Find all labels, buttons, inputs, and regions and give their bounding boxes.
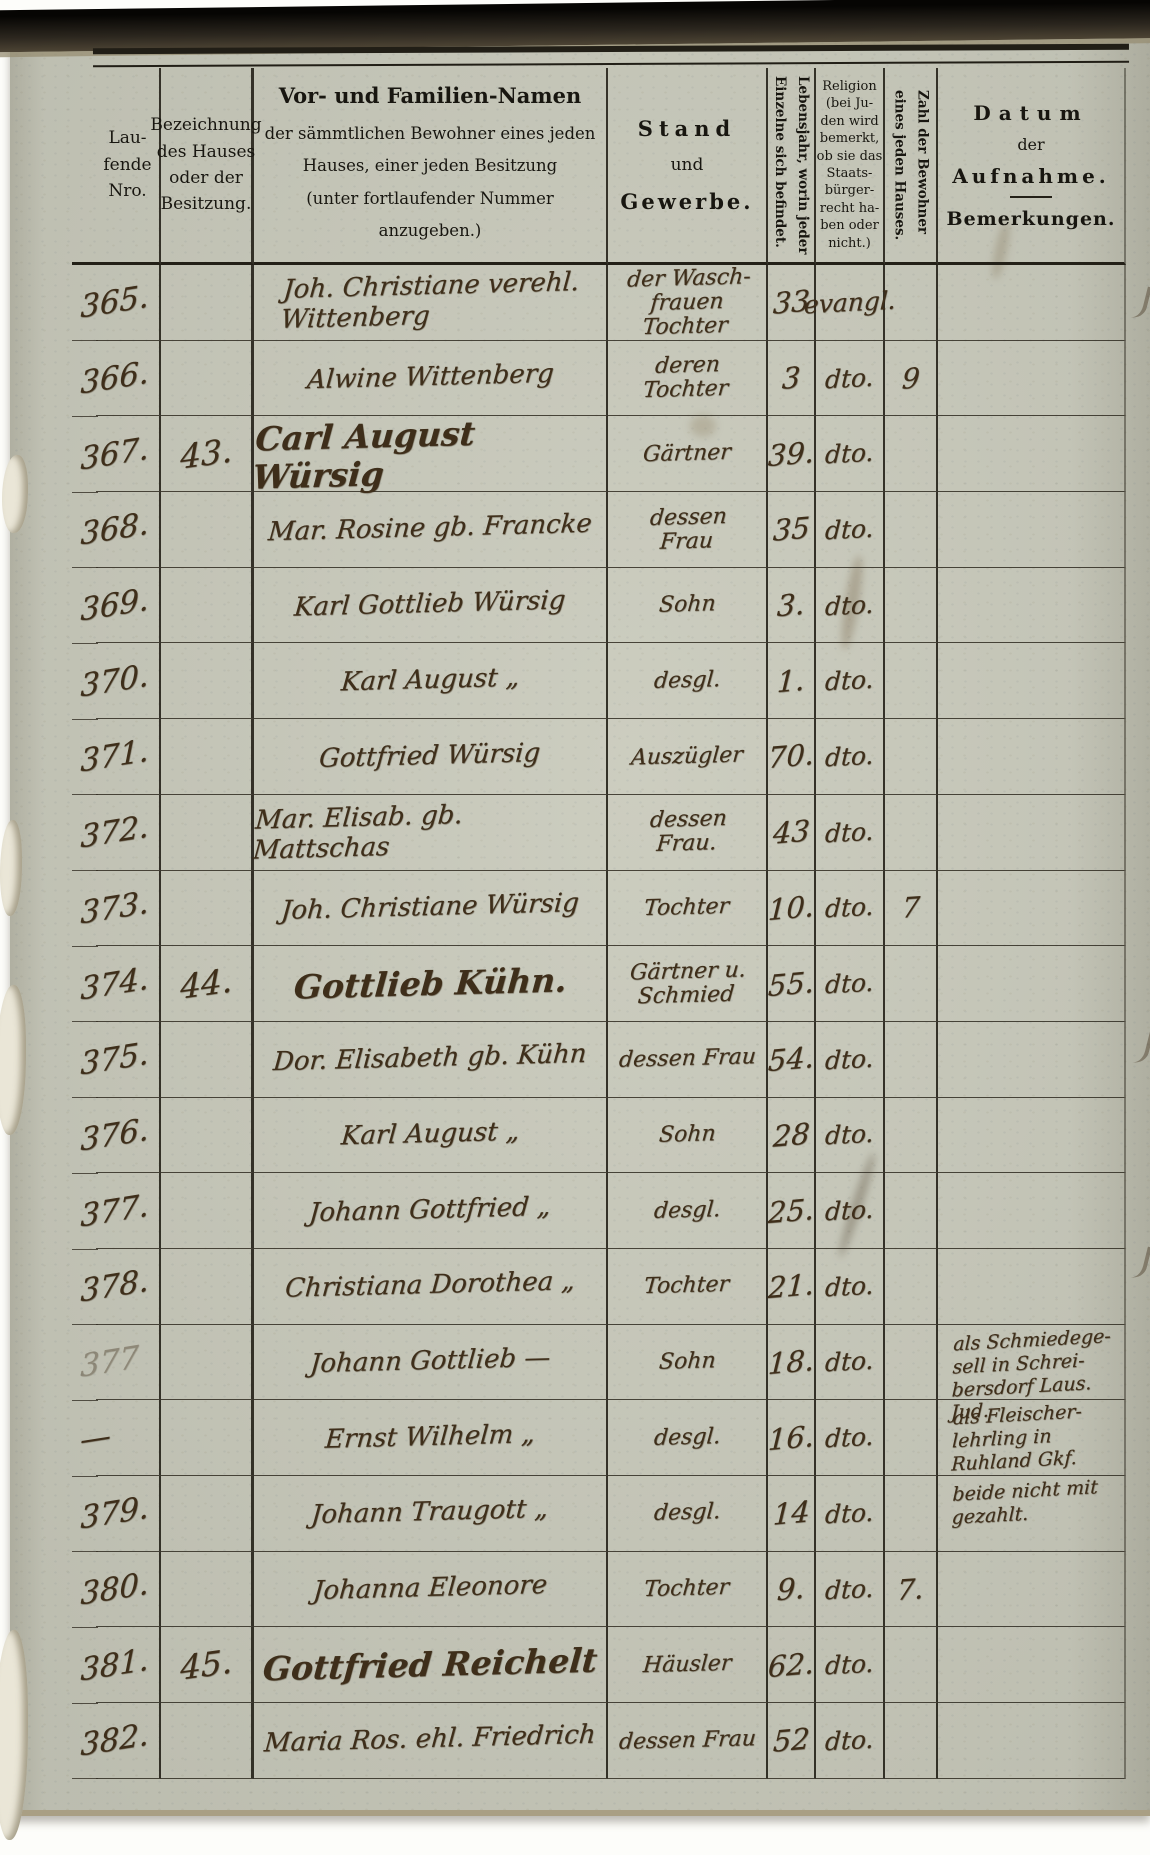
resident-name: Karl Gottlieb Würsig bbox=[293, 587, 567, 624]
religion-value: evangl. bbox=[803, 285, 896, 319]
age-value: 43 bbox=[772, 813, 811, 851]
cell-bewohnerzahl: 9 bbox=[885, 341, 938, 417]
religion-value: dto. bbox=[824, 1043, 874, 1075]
resident-name: Johann Traugott „ bbox=[310, 1495, 549, 1531]
cell-laufende-nro: 377. bbox=[96, 1173, 161, 1249]
header-bewohnerzahl: Zahl der Bewohner eines jeden Hauses. bbox=[885, 68, 938, 265]
cell-stand: dessen Frau bbox=[608, 1703, 768, 1779]
cell-religion: dto. bbox=[816, 946, 885, 1022]
resident-name: Karl August „ bbox=[340, 663, 521, 698]
header-label: Bemerkungen. bbox=[947, 208, 1116, 230]
cell-hausnummer bbox=[161, 568, 254, 644]
remark-text: als Fleischer- lehrling in Ruhland Gkf. bbox=[951, 1401, 1082, 1476]
cell-name: Johanna Eleonore bbox=[254, 1552, 608, 1628]
cell-bemerkungen bbox=[938, 719, 1126, 795]
resident-name: Carl August Würsig bbox=[251, 411, 609, 496]
cell-hausnummer bbox=[161, 1476, 254, 1552]
double-rule bbox=[93, 44, 1129, 68]
cell-laufende-nro: 377 bbox=[96, 1325, 161, 1401]
religion-value: dto. bbox=[824, 1422, 874, 1454]
header-religion: Religion (bei Ju- den wird bemerkt, ob s… bbox=[816, 68, 885, 265]
cell-hausnummer: 45. bbox=[161, 1627, 254, 1703]
cell-bemerkungen bbox=[938, 1022, 1126, 1098]
cell-name: Gottlieb Kühn. bbox=[254, 946, 608, 1022]
age-value: 54. bbox=[767, 1040, 815, 1078]
resident-name: Dor. Elisabeth gb. Kühn bbox=[272, 1040, 588, 1078]
cell-bemerkungen bbox=[938, 341, 1126, 417]
cell-lebensjahr: 25. bbox=[768, 1173, 816, 1249]
cell-bewohnerzahl bbox=[885, 1173, 938, 1249]
cell-lebensjahr: 70. bbox=[768, 719, 816, 795]
religion-value: dto. bbox=[824, 438, 874, 470]
age-value: 14 bbox=[772, 1495, 811, 1533]
cell-laufende-nro: 373. bbox=[96, 871, 161, 947]
cell-religion: dto. bbox=[816, 1173, 885, 1249]
header-label: Stand bbox=[638, 116, 736, 141]
occupation: desgl. bbox=[653, 1198, 721, 1224]
cell-bewohnerzahl bbox=[885, 795, 938, 871]
cell-name: Dor. Elisabeth gb. Kühn bbox=[254, 1022, 608, 1098]
age-value: 25. bbox=[767, 1191, 815, 1229]
cell-hausnummer bbox=[161, 1173, 254, 1249]
religion-value: dto. bbox=[824, 1498, 874, 1530]
age-value: 18. bbox=[767, 1343, 815, 1381]
cell-bemerkungen bbox=[938, 265, 1126, 341]
cell-name: Karl August „ bbox=[254, 643, 608, 719]
resident-name: Maria Ros. ehl. Friedrich bbox=[263, 1721, 597, 1760]
cell-name: Joh. Christiane verehl. Wittenberg bbox=[254, 265, 608, 341]
cell-religion: dto. bbox=[816, 1022, 885, 1098]
occupation: deren Tochter bbox=[643, 353, 732, 403]
cell-laufende-nro: 369. bbox=[96, 568, 161, 644]
occupation: Gärtner u. Schmied bbox=[627, 958, 747, 1009]
cell-laufende-nro: 378. bbox=[96, 1249, 161, 1325]
cell-hausnummer bbox=[161, 1703, 254, 1779]
cell-hausnummer bbox=[161, 1098, 254, 1174]
register-table: Lau- fende Nro. Bezeichnung des Hauses o… bbox=[96, 46, 1126, 1779]
cell-laufende-nro: 382. bbox=[96, 1703, 161, 1779]
house-number: 44. bbox=[180, 960, 232, 1007]
cell-hausnummer bbox=[161, 341, 254, 417]
age-value: 28 bbox=[772, 1116, 811, 1154]
cell-lebensjahr: 9. bbox=[768, 1552, 816, 1628]
cell-stand: dessen Frau bbox=[608, 492, 768, 568]
header-divider bbox=[1010, 196, 1052, 198]
cell-name: Alwine Wittenberg bbox=[254, 341, 608, 417]
cell-bewohnerzahl bbox=[885, 1476, 938, 1552]
age-value: 62. bbox=[767, 1646, 815, 1684]
cell-laufende-nro: 371. bbox=[96, 719, 161, 795]
cell-hausnummer bbox=[161, 795, 254, 871]
cell-name: Karl Gottlieb Würsig bbox=[254, 568, 608, 644]
occupation: der Wasch- frauen Tochter bbox=[605, 265, 769, 341]
occupation: dessen Frau bbox=[618, 1727, 757, 1754]
cell-name: Maria Ros. ehl. Friedrich bbox=[254, 1703, 608, 1779]
cell-stand: Gärtner u. Schmied bbox=[608, 946, 768, 1022]
cell-bemerkungen bbox=[938, 1173, 1126, 1249]
resident-name: Mar. Rosine gb. Francke bbox=[267, 510, 593, 548]
occupation: Gärtner bbox=[642, 441, 732, 467]
cell-bewohnerzahl bbox=[885, 416, 938, 492]
cell-stand: Häusler bbox=[608, 1627, 768, 1703]
remark-text: beide nicht mit gezahlt. bbox=[951, 1476, 1098, 1529]
age-value: 3 bbox=[781, 360, 801, 396]
cell-hausnummer bbox=[161, 1022, 254, 1098]
cell-bemerkungen bbox=[938, 1249, 1126, 1325]
cell-bewohnerzahl bbox=[885, 1022, 938, 1098]
cell-religion: dto. bbox=[816, 719, 885, 795]
age-value: 16. bbox=[767, 1419, 815, 1457]
cell-bewohnerzahl bbox=[885, 1703, 938, 1779]
scanned-register-page: Lau- fende Nro. Bezeichnung des Hauses o… bbox=[0, 0, 1150, 1855]
resident-name: Ernst Wilhelm „ bbox=[324, 1420, 536, 1455]
cell-stand: Sohn bbox=[608, 1325, 768, 1401]
cell-bewohnerzahl bbox=[885, 643, 938, 719]
cell-lebensjahr: 14 bbox=[768, 1476, 816, 1552]
cell-name: Christiana Dorothea „ bbox=[254, 1249, 608, 1325]
religion-value: dto. bbox=[824, 1649, 874, 1681]
register-grid: Lau- fende Nro. Bezeichnung des Hauses o… bbox=[96, 68, 1126, 1779]
cell-bemerkungen bbox=[938, 568, 1126, 644]
religion-value: dto. bbox=[824, 816, 874, 848]
cell-laufende-nro: 374. bbox=[96, 946, 161, 1022]
cell-hausnummer: 43. bbox=[161, 416, 254, 492]
religion-value: dto. bbox=[824, 1573, 874, 1605]
resident-name: Mar. Elisab. gb. Mattschas bbox=[252, 798, 609, 867]
occupation: Auszügler bbox=[630, 743, 744, 770]
resident-name: Johanna Eleonore bbox=[312, 1571, 548, 1607]
occupation: desgl. bbox=[653, 668, 721, 694]
cell-stand: desgl. bbox=[608, 1476, 768, 1552]
cell-bewohnerzahl bbox=[885, 1098, 938, 1174]
cell-stand: dessen Frau bbox=[608, 1022, 768, 1098]
cell-bemerkungen bbox=[938, 1703, 1126, 1779]
cell-hausnummer bbox=[161, 1325, 254, 1401]
resident-name: Johann Gottlieb — bbox=[309, 1344, 552, 1380]
cell-religion: dto. bbox=[816, 1249, 885, 1325]
cell-bewohnerzahl bbox=[885, 1400, 938, 1476]
cell-lebensjahr: 62. bbox=[768, 1627, 816, 1703]
age-value: 1. bbox=[776, 662, 805, 699]
religion-value: dto. bbox=[824, 665, 874, 697]
religion-value: dto. bbox=[824, 892, 874, 924]
resident-name: Gottfried Reichelt bbox=[261, 1641, 598, 1688]
cell-bemerkungen bbox=[938, 1627, 1126, 1703]
cell-lebensjahr: 21. bbox=[768, 1249, 816, 1325]
age-value: 9. bbox=[776, 1571, 805, 1608]
cell-laufende-nro: 376. bbox=[96, 1098, 161, 1174]
cell-lebensjahr: 3. bbox=[768, 568, 816, 644]
occupation: Sohn bbox=[658, 1349, 717, 1374]
cell-laufende-nro: 370. bbox=[96, 643, 161, 719]
cell-bewohnerzahl bbox=[885, 719, 938, 795]
row-number: 377 bbox=[80, 1339, 139, 1385]
cell-religion: dto. bbox=[816, 1627, 885, 1703]
occupation: Häusler bbox=[642, 1652, 732, 1678]
cell-stand: deren Tochter bbox=[608, 341, 768, 417]
header-subtitle: der sämmtlichen Bewohner eines jeden Hau… bbox=[254, 118, 606, 247]
cell-religion: dto. bbox=[816, 1325, 885, 1401]
cell-stand: Tochter bbox=[608, 1249, 768, 1325]
cell-stand: desgl. bbox=[608, 643, 768, 719]
cell-religion: dto. bbox=[816, 341, 885, 417]
header-label: Religion (bei Ju- den wird bemerkt, ob s… bbox=[817, 78, 883, 252]
house-number: 45. bbox=[180, 1641, 232, 1688]
cell-lebensjahr: 52 bbox=[768, 1703, 816, 1779]
cell-bewohnerzahl bbox=[885, 265, 938, 341]
cell-religion: dto. bbox=[816, 568, 885, 644]
cell-laufende-nro: 366. bbox=[96, 341, 161, 417]
resident-name: Joh. Christiane verehl. Wittenberg bbox=[280, 269, 581, 337]
cell-lebensjahr: 1. bbox=[768, 643, 816, 719]
religion-value: dto. bbox=[824, 589, 874, 621]
cell-stand: Tochter bbox=[608, 1552, 768, 1628]
cell-hausnummer bbox=[161, 643, 254, 719]
cell-bemerkungen bbox=[938, 946, 1126, 1022]
cell-stand: desgl. bbox=[608, 1173, 768, 1249]
household-count: 9 bbox=[900, 361, 920, 395]
cell-religion: dto. bbox=[816, 871, 885, 947]
cell-stand: Gärtner bbox=[608, 416, 768, 492]
cell-bewohnerzahl bbox=[885, 1627, 938, 1703]
cell-lebensjahr: 35 bbox=[768, 492, 816, 568]
cell-bemerkungen bbox=[938, 492, 1126, 568]
row-number: — bbox=[80, 1417, 111, 1458]
religion-value: dto. bbox=[824, 362, 874, 394]
cell-name: Carl August Würsig bbox=[254, 416, 608, 492]
cell-laufende-nro: 367. bbox=[96, 416, 161, 492]
cell-name: Gottfried Reichelt bbox=[254, 1627, 608, 1703]
cell-hausnummer bbox=[161, 265, 254, 341]
header-label-rotated: Lebensjahr, worin jeder Einzelne sich be… bbox=[768, 76, 814, 255]
resident-name: Joh. Christiane Würsig bbox=[280, 889, 580, 927]
religion-value: dto. bbox=[824, 741, 874, 773]
cell-hausnummer bbox=[161, 871, 254, 947]
header-stand-gewerbe: Stand und Gewerbe. bbox=[608, 68, 768, 265]
religion-value: dto. bbox=[824, 1725, 874, 1757]
age-value: 10. bbox=[767, 889, 815, 927]
cell-lebensjahr: 16. bbox=[768, 1400, 816, 1476]
resident-name: Karl August „ bbox=[340, 1118, 521, 1153]
cell-laufende-nro: 372. bbox=[96, 795, 161, 871]
cell-hausnummer bbox=[161, 719, 254, 795]
resident-name: Gottfried Würsig bbox=[318, 739, 541, 775]
occupation: desgl. bbox=[653, 1501, 721, 1527]
cell-bemerkungen: als Fleischer- lehrling in Ruhland Gkf. bbox=[938, 1400, 1126, 1476]
household-count: 7 bbox=[900, 891, 920, 925]
cell-stand: der Wasch- frauen Tochter bbox=[608, 265, 768, 341]
religion-value: dto. bbox=[824, 968, 874, 1000]
cell-laufende-nro: 375. bbox=[96, 1022, 161, 1098]
cell-lebensjahr: 10. bbox=[768, 871, 816, 947]
cell-laufende-nro: 381. bbox=[96, 1627, 161, 1703]
cell-name: Mar. Elisab. gb. Mattschas bbox=[254, 795, 608, 871]
cell-laufende-nro: 380. bbox=[96, 1552, 161, 1628]
cell-religion: dto. bbox=[816, 795, 885, 871]
occupation: Sohn bbox=[658, 592, 717, 617]
resident-name: Alwine Wittenberg bbox=[305, 360, 554, 396]
header-namen: Vor- und Familien-Namen der sämmtlichen … bbox=[254, 68, 608, 265]
cell-lebensjahr: 18. bbox=[768, 1325, 816, 1401]
occupation: Tochter bbox=[644, 1273, 731, 1299]
cell-lebensjahr: 28 bbox=[768, 1098, 816, 1174]
occupation: dessen Frau. bbox=[647, 807, 728, 857]
cell-bemerkungen bbox=[938, 643, 1126, 719]
cell-name: Gottfried Würsig bbox=[254, 719, 608, 795]
cell-religion: dto. bbox=[816, 416, 885, 492]
header-haus-bezeichnung: Bezeichnung des Hauses oder der Besitzun… bbox=[161, 68, 254, 265]
header-title: Vor- und Familien-Namen bbox=[279, 83, 582, 108]
cell-religion: evangl. bbox=[816, 265, 885, 341]
cell-hausnummer bbox=[161, 1552, 254, 1628]
cell-lebensjahr: 54. bbox=[768, 1022, 816, 1098]
religion-value: dto. bbox=[824, 514, 874, 546]
cell-religion: dto. bbox=[816, 1552, 885, 1628]
cell-lebensjahr: 43 bbox=[768, 795, 816, 871]
cell-stand: desgl. bbox=[608, 1400, 768, 1476]
cell-bemerkungen: als Schmiedege- sell in Schrei- bersdorf… bbox=[938, 1325, 1126, 1401]
header-label: und bbox=[671, 155, 704, 175]
cell-stand: Tochter bbox=[608, 871, 768, 947]
religion-value: dto. bbox=[824, 1119, 874, 1151]
cell-stand: Sohn bbox=[608, 1098, 768, 1174]
cell-laufende-nro: 368. bbox=[96, 492, 161, 568]
header-lebensjahr: Lebensjahr, worin jeder Einzelne sich be… bbox=[768, 68, 816, 265]
cell-name: Ernst Wilhelm „ bbox=[254, 1400, 608, 1476]
cell-bewohnerzahl bbox=[885, 1249, 938, 1325]
cell-bewohnerzahl bbox=[885, 568, 938, 644]
occupation: desgl. bbox=[653, 1425, 721, 1451]
cell-religion: dto. bbox=[816, 1703, 885, 1779]
occupation: Sohn bbox=[658, 1122, 717, 1147]
cell-religion: dto. bbox=[816, 1476, 885, 1552]
cell-name: Johann Traugott „ bbox=[254, 1476, 608, 1552]
age-value: 70. bbox=[767, 737, 815, 775]
cell-name: Johann Gottfried „ bbox=[254, 1173, 608, 1249]
header-datum-bemerkungen: Datum der Aufnahme. Bemerkungen. bbox=[938, 68, 1126, 265]
age-value: 21. bbox=[767, 1267, 815, 1305]
cell-lebensjahr: 39. bbox=[768, 416, 816, 492]
religion-value: dto. bbox=[824, 1346, 874, 1378]
religion-value: dto. bbox=[824, 1270, 874, 1302]
cell-hausnummer bbox=[161, 492, 254, 568]
resident-name: Christiana Dorothea „ bbox=[284, 1267, 576, 1305]
cell-bemerkungen bbox=[938, 1552, 1126, 1628]
cell-stand: Auszügler bbox=[608, 719, 768, 795]
religion-value: dto. bbox=[824, 1195, 874, 1227]
occupation: dessen Frau bbox=[618, 1046, 757, 1073]
resident-name: Johann Gottfried „ bbox=[308, 1192, 552, 1228]
cell-name: Joh. Christiane Würsig bbox=[254, 871, 608, 947]
cell-name: Karl August „ bbox=[254, 1098, 608, 1174]
header-label: Aufnahme. bbox=[952, 164, 1110, 188]
occupation: Tochter bbox=[644, 1576, 731, 1602]
cell-laufende-nro: 379. bbox=[96, 1476, 161, 1552]
header-label: Gewerbe. bbox=[620, 189, 753, 214]
header-label: der bbox=[1017, 135, 1044, 154]
cell-laufende-nro: — bbox=[96, 1400, 161, 1476]
occupation: dessen Frau bbox=[647, 505, 728, 555]
cell-bemerkungen bbox=[938, 871, 1126, 947]
header-label: Bezeichnung des Hauses oder der Besitzun… bbox=[150, 112, 261, 217]
cell-lebensjahr: 3 bbox=[768, 341, 816, 417]
cell-religion: dto. bbox=[816, 1400, 885, 1476]
cell-hausnummer: 44. bbox=[161, 946, 254, 1022]
age-value: 3. bbox=[776, 587, 805, 624]
household-count: 7. bbox=[896, 1571, 925, 1606]
cell-lebensjahr: 55. bbox=[768, 946, 816, 1022]
cell-religion: dto. bbox=[816, 492, 885, 568]
age-value: 39. bbox=[767, 435, 815, 473]
cell-religion: dto. bbox=[816, 1098, 885, 1174]
resident-name: Gottlieb Kühn. bbox=[292, 961, 568, 1006]
header-label-rotated: Zahl der Bewohner eines jeden Hauses. bbox=[888, 90, 934, 240]
cell-stand: dessen Frau. bbox=[608, 795, 768, 871]
house-number: 43. bbox=[180, 430, 232, 477]
cell-bewohnerzahl bbox=[885, 946, 938, 1022]
cell-bemerkungen: beide nicht mit gezahlt. bbox=[938, 1476, 1126, 1552]
cell-hausnummer bbox=[161, 1400, 254, 1476]
cell-bewohnerzahl: 7 bbox=[885, 871, 938, 947]
cell-bewohnerzahl bbox=[885, 1325, 938, 1401]
header-label: Lau- fende Nro. bbox=[103, 125, 151, 204]
cell-bewohnerzahl bbox=[885, 492, 938, 568]
cell-name: Mar. Rosine gb. Francke bbox=[254, 492, 608, 568]
cell-laufende-nro: 365. bbox=[96, 265, 161, 341]
cell-bemerkungen bbox=[938, 416, 1126, 492]
cell-name: Johann Gottlieb — bbox=[254, 1325, 608, 1401]
age-value: 35 bbox=[772, 511, 811, 549]
cell-bemerkungen bbox=[938, 1098, 1126, 1174]
cell-stand: Sohn bbox=[608, 568, 768, 644]
cell-bewohnerzahl: 7. bbox=[885, 1552, 938, 1628]
age-value: 55. bbox=[767, 964, 815, 1002]
occupation: Tochter bbox=[644, 895, 731, 921]
cell-hausnummer bbox=[161, 1249, 254, 1325]
age-value: 52 bbox=[772, 1722, 811, 1760]
cell-bemerkungen bbox=[938, 795, 1126, 871]
header-label: Datum bbox=[973, 101, 1088, 125]
cell-religion: dto. bbox=[816, 643, 885, 719]
